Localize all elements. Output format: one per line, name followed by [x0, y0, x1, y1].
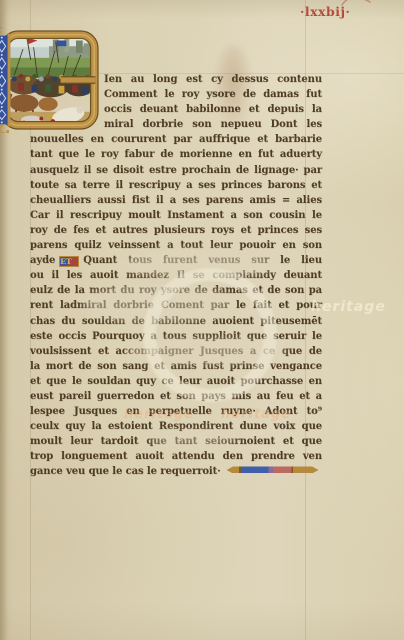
text-line: Car il rescripuy moult Instament a son c…: [30, 208, 322, 223]
line-filler-bar: [227, 466, 319, 473]
text-line: Comment le roy ysore de damas fut: [30, 87, 322, 102]
text-line: toute sa terre il rescripuy a ses prince…: [30, 178, 322, 193]
text-line: gance veu que le cas le requerroit·: [30, 464, 322, 479]
text-line: tant que le roy fabur de morienne en fut…: [30, 147, 322, 162]
text-line: parens quilz veinssent a tout leur pouoi…: [30, 238, 322, 253]
text-line: Ien au long est cy dessus contenu: [30, 72, 322, 87]
watermark-text: heritage: [311, 299, 386, 315]
text-line: miral dorbrie son nepueu Dont les: [30, 117, 322, 132]
text-line: occis deuant babilonne et depuis la: [30, 102, 322, 117]
watermark-ring-icon: [143, 268, 277, 402]
text-line: trop longuement auoit attendu den prendr…: [30, 449, 322, 464]
rubric-squiggle-mark: [340, 0, 374, 7]
text-line: cheualliers aussi fist il a ses parens a…: [30, 193, 322, 208]
illuminated-paraph-mark: ET: [59, 256, 79, 267]
text-line: ceulx quy la estoient Respondirent dune …: [30, 419, 322, 434]
text-line: ausquelz il se disoit estre prochain de …: [30, 163, 322, 178]
text-line: aydeETQuant tous furent venus sur le lie…: [30, 253, 322, 268]
text-line: moult leur tardoit que tant seiournoient…: [30, 434, 322, 449]
text-line: nouuelles en coururent par auffrique et …: [30, 132, 322, 147]
text-line: lespee Jusques en perpetuelle ruyne· Ado…: [30, 404, 322, 419]
text-line: roy de fes et autres plusieurs roys et p…: [30, 223, 322, 238]
manuscript-page: ·lxxbij·: [0, 0, 404, 640]
